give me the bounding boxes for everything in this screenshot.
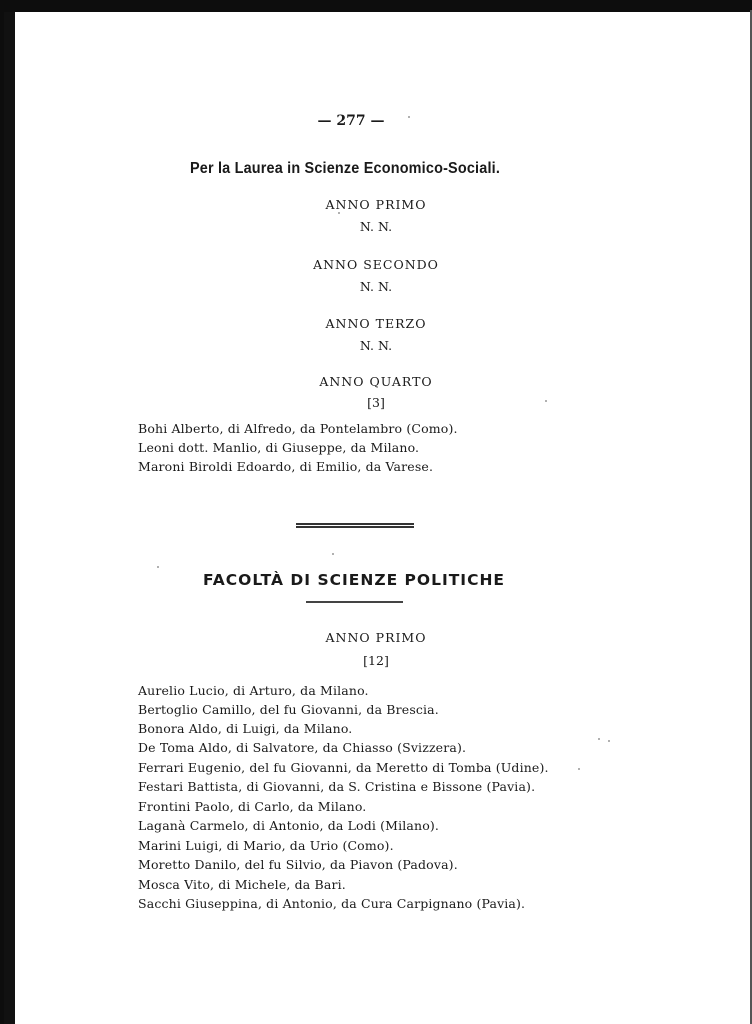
year-count: [3] [0,395,752,410]
year-count: N. N. [0,338,752,353]
student-entry: Frontini Paolo, di Carlo, da Milano. [138,799,366,814]
section-divider-double-rule [296,523,414,528]
student-entry: Bonora Aldo, di Luigi, da Milano. [138,721,352,736]
student-entry: De Toma Aldo, di Salvatore, da Chiasso (… [138,740,466,755]
student-entry: Leoni dott. Manlio, di Giuseppe, da Mila… [138,440,419,455]
student-entry: Bohi Alberto, di Alfredo, da Pontelambro… [138,421,458,436]
student-entry: Laganà Carmelo, di Antonio, da Lodi (Mil… [138,818,439,833]
scan-speck [338,212,340,214]
page-number: — 277 — [316,113,386,129]
year-count: N. N. [0,279,752,294]
year-heading: ANNO QUARTO [0,374,752,389]
section-title-economico-sociali: Per la Laurea in Scienze Economico-Socia… [190,160,500,178]
student-entry: Moretto Danilo, del fu Silvio, da Piavon… [138,857,458,872]
student-entry: Mosca Vito, di Michele, da Bari. [138,877,346,892]
year-heading: ANNO PRIMO [0,197,752,212]
student-entry: Aurelio Lucio, di Arturo, da Milano. [138,683,369,698]
scan-speck [598,738,600,740]
year-count: [12] [0,653,752,668]
student-entry: Maroni Biroldi Edoardo, di Emilio, da Va… [138,459,433,474]
year-count: N. N. [0,219,752,234]
student-entry: Sacchi Giuseppina, di Antonio, da Cura C… [138,896,525,911]
scan-speck [578,768,580,770]
scan-binding-shadow [4,12,15,1024]
year-heading: ANNO PRIMO [0,630,752,645]
scan-border-top [0,0,752,12]
student-entry: Marini Luigi, di Mario, da Urio (Como). [138,838,394,853]
scan-speck [608,740,610,742]
faculty-title: FACOLTÀ DI SCIENZE POLITICHE [203,571,505,589]
student-entry: Festari Battista, di Giovanni, da S. Cri… [138,779,535,794]
year-heading: ANNO TERZO [0,316,752,331]
student-entry: Bertoglio Camillo, del fu Giovanni, da B… [138,702,439,717]
scan-speck [545,400,547,402]
faculty-title-underline [306,601,403,603]
scan-speck [408,116,410,118]
student-entry: Ferrari Eugenio, del fu Giovanni, da Mer… [138,760,549,775]
year-heading: ANNO SECONDO [0,257,752,272]
scan-speck [332,553,334,555]
scan-speck [157,566,159,568]
